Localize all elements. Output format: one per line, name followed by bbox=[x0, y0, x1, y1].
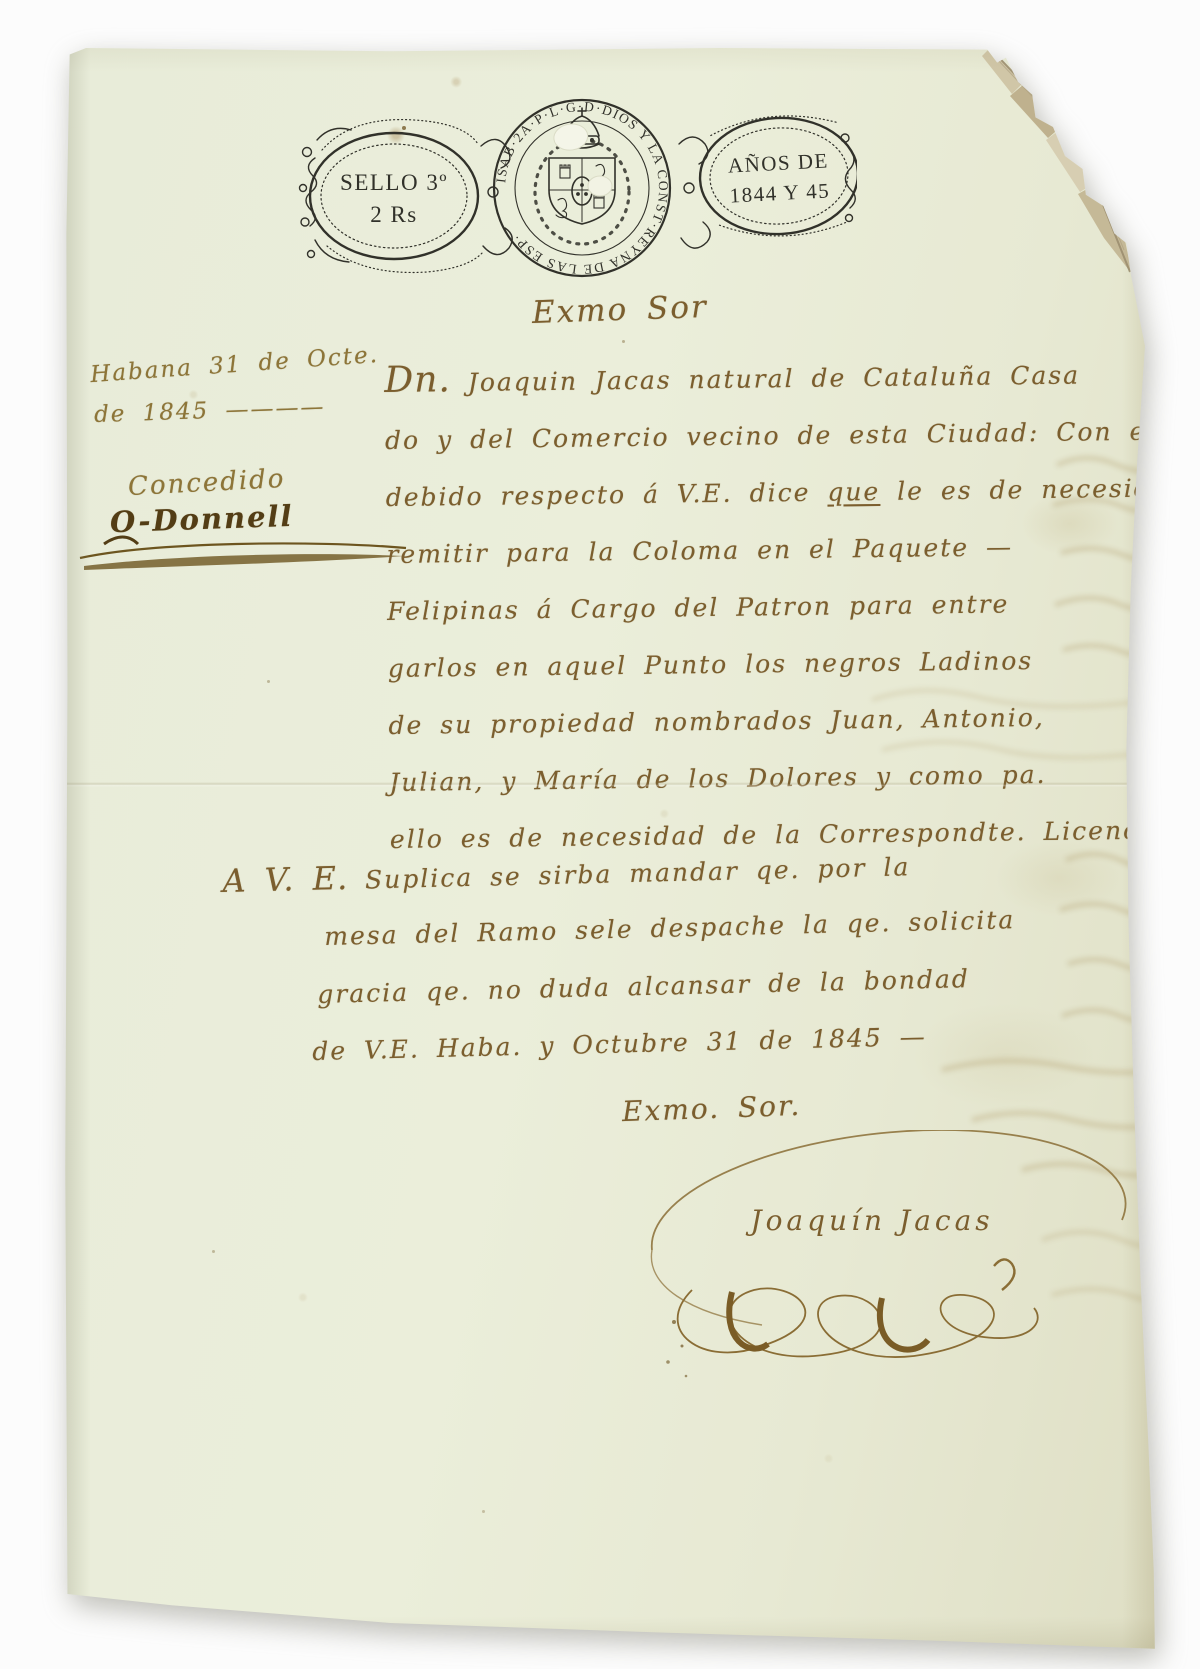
document-scan: SELLO 3º 2 Rs ISAB·2A·P·L·G·D·DIOS Y LA … bbox=[0, 0, 1200, 1669]
closing-salutation: Exmo. Sor. bbox=[621, 1089, 801, 1128]
approval-note: Concedido bbox=[127, 464, 286, 502]
bleedthrough-marks bbox=[902, 1040, 1182, 1210]
bleedthrough-marks bbox=[862, 670, 1162, 800]
stamp-left-oval: SELLO 3º 2 Rs bbox=[310, 120, 483, 273]
body-line-1-rest: Joaquin Jacas natural de Cataluña Casa bbox=[468, 360, 1081, 396]
body-line-3-pre: debido respecto á V.E. dice bbox=[386, 478, 828, 512]
odonnell-rubric bbox=[74, 532, 414, 578]
body-line-3-post: le es de necesidad bbox=[880, 473, 1187, 506]
petition-line-2: mesa del Ramo sele despache la qe. solic… bbox=[324, 905, 1016, 951]
heading-salutation: Exmo Sor bbox=[531, 289, 708, 331]
petition-line-3: gracia qe. no duda alcansar de la bondad bbox=[317, 964, 970, 1009]
document-paper: SELLO 3º 2 Rs ISAB·2A·P·L·G·D·DIOS Y LA … bbox=[62, 40, 1157, 1652]
petition-line-1: A V. E. Suplica se sirba mandar qe. por … bbox=[222, 845, 911, 900]
petition-line-4: de V.E. Haba. y Octubre 31 de 1845 — bbox=[312, 1022, 927, 1066]
stamp-flourish-left bbox=[300, 128, 352, 262]
margin-date-line1: Habana 31 de Octe. bbox=[89, 342, 379, 388]
ink-speck bbox=[622, 340, 625, 343]
ink-speck bbox=[402, 126, 406, 130]
coat-of-arms-emblem: ISAB·2A·P·L·G·D·DIOS Y LA CONST·REYNA DE… bbox=[493, 99, 671, 277]
tax-stamp: SELLO 3º 2 Rs ISAB·2A·P·L·G·D·DIOS Y LA … bbox=[297, 88, 857, 288]
bleedthrough-marks bbox=[1052, 840, 1172, 1060]
stamp-years-value: 1844 Y 45 bbox=[729, 178, 831, 207]
signature-flourish bbox=[678, 1259, 1038, 1357]
stamp-sello-class: SELLO 3º bbox=[340, 170, 448, 195]
body-line-3-underlined: que bbox=[827, 477, 880, 507]
bleedthrough-marks bbox=[1047, 445, 1177, 675]
punch-hole bbox=[588, 176, 612, 196]
ink-speck bbox=[482, 1510, 485, 1513]
torn-corner bbox=[952, 40, 1162, 280]
stamp-right-oval: AÑOS DE 1844 Y 45 bbox=[697, 112, 857, 240]
bleedthrough-marks bbox=[1022, 1210, 1182, 1350]
stamp-sello-price: 2 Rs bbox=[370, 202, 418, 227]
stamp-years-label: AÑOS DE bbox=[727, 148, 829, 177]
margin-date-line2: de 1845 ———— bbox=[94, 394, 326, 428]
petition-line-1-initial: A V. E. bbox=[222, 859, 349, 900]
fold-crease bbox=[62, 782, 1157, 787]
ink-speck bbox=[267, 680, 270, 683]
body-line-1: Dn. Joaquin Jacas natural de Cataluña Ca… bbox=[384, 342, 1186, 412]
petition-line-1-rest: Suplica se sirba mandar qe. por la bbox=[348, 852, 911, 895]
ink-speck bbox=[212, 1250, 215, 1253]
body-line-1-initial: Dn. bbox=[384, 359, 451, 401]
